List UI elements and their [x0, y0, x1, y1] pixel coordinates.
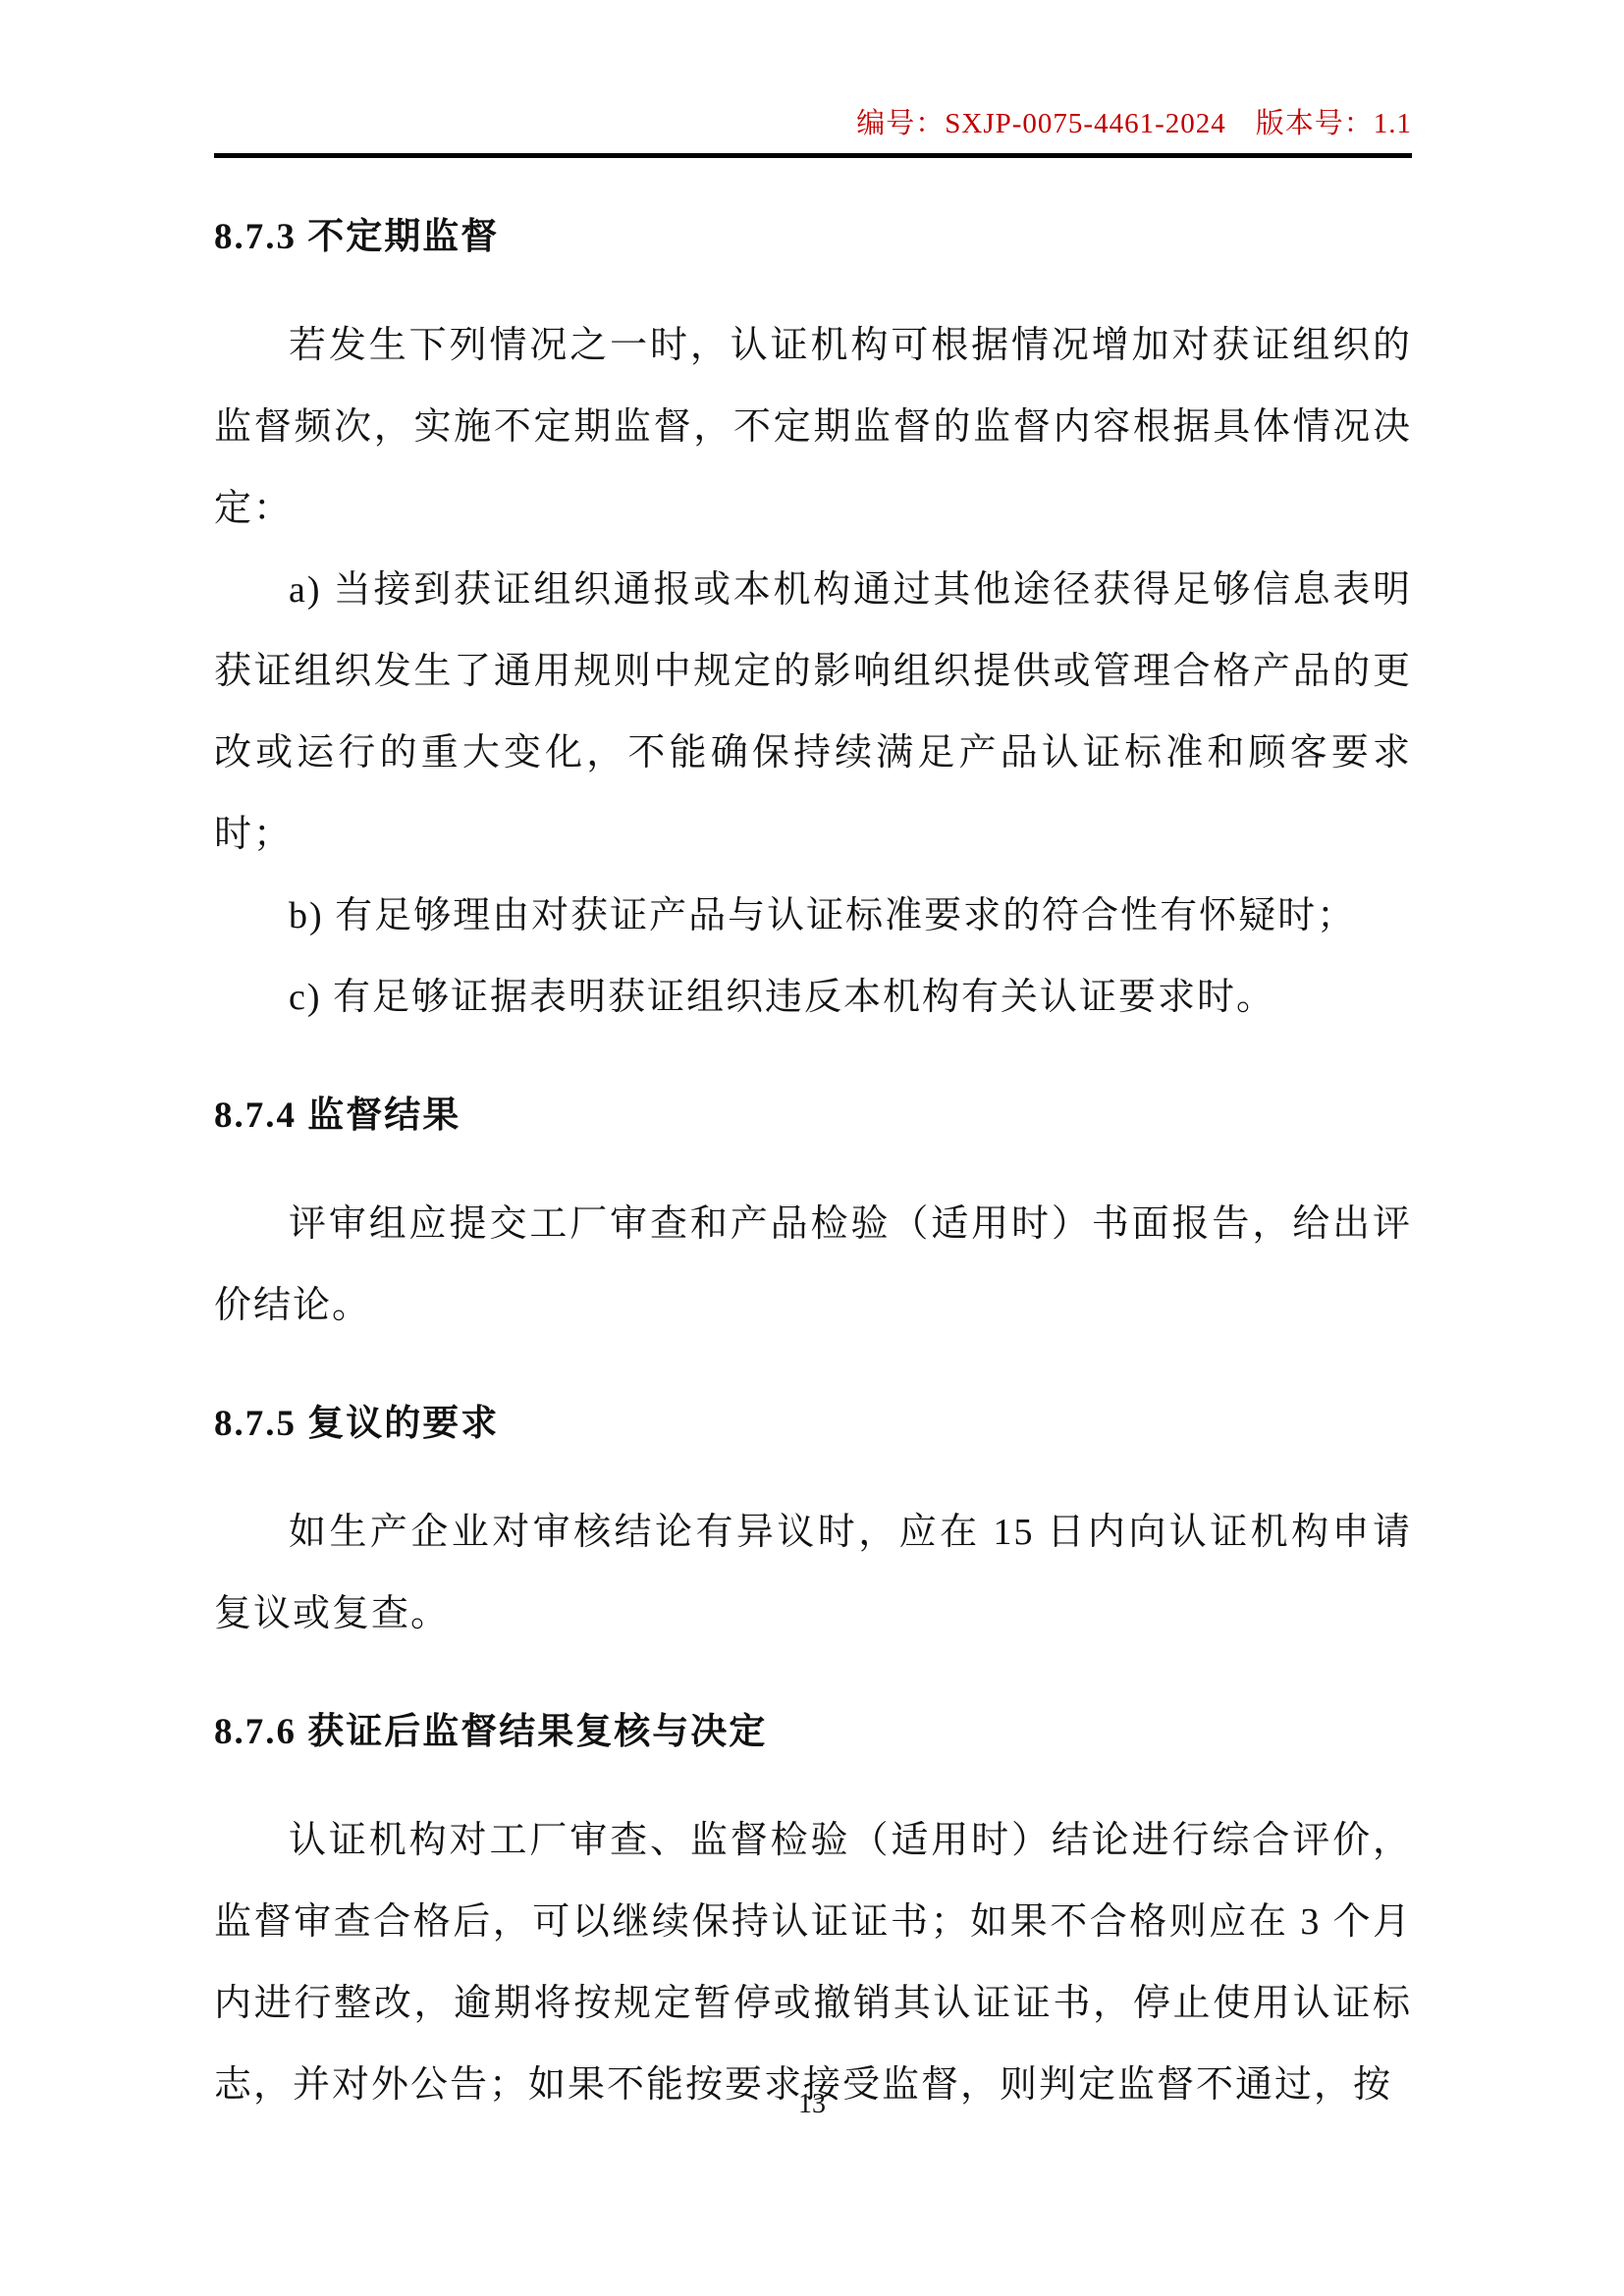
paragraph-reconsideration: 如生产企业对审核结论有异议时，应在 15 日内向认证机构申请复议或复查。	[214, 1492, 1412, 1655]
document-body: 8.7.3 不定期监督 若发生下列情况之一时，认证机构可根据情况增加对获证组织的…	[214, 160, 1412, 2126]
section-heading-8-7-5: 8.7.5 复议的要求	[214, 1402, 1412, 1447]
page-header: 编号：SXJP-0075-4461-2024版本号：1.1	[214, 104, 1412, 143]
section-heading-8-7-4: 8.7.4 监督结果	[214, 1094, 1412, 1139]
clause-a: a) 当接到获证组织通报或本机构通过其他途径获得足够信息表明获证组织发生了通用规…	[214, 550, 1412, 876]
section-8-7-6: 8.7.6 获证后监督结果复核与决定 认证机构对工厂审查、监督检验（适用时）结论…	[214, 1710, 1412, 2126]
footer: 13	[0, 2087, 1624, 2122]
header-rule	[214, 153, 1412, 158]
document-number: 编号：SXJP-0075-4461-2024	[856, 108, 1225, 139]
section-8-7-4: 8.7.4 监督结果 评审组应提交工厂审查和产品检验（适用时）书面报告，给出评价…	[214, 1094, 1412, 1347]
section-8-7-5: 8.7.5 复议的要求 如生产企业对审核结论有异议时，应在 15 日内向认证机构…	[214, 1402, 1412, 1655]
section-heading-8-7-6: 8.7.6 获证后监督结果复核与决定	[214, 1710, 1412, 1755]
section-8-7-3: 8.7.3 不定期监督 若发生下列情况之一时，认证机构可根据情况增加对获证组织的…	[214, 215, 1412, 1039]
paragraph-supervision-result: 评审组应提交工厂审查和产品检验（适用时）书面报告，给出评价结论。	[214, 1184, 1412, 1347]
document-page: 编号：SXJP-0075-4461-2024版本号：1.1 8.7.3 不定期监…	[0, 0, 1624, 2296]
clause-c: c) 有足够证据表明获证组织违反本机构有关认证要求时。	[214, 957, 1412, 1039]
page-number: 13	[798, 2089, 826, 2119]
paragraph-intro: 若发生下列情况之一时，认证机构可根据情况增加对获证组织的监督频次，实施不定期监督…	[214, 305, 1412, 550]
paragraph-post-cert-review: 认证机构对工厂审查、监督检验（适用时）结论进行综合评价，监督审查合格后，可以继续…	[214, 1800, 1412, 2126]
clause-b: b) 有足够理由对获证产品与认证标准要求的符合性有怀疑时；	[214, 876, 1412, 957]
version-number: 版本号：1.1	[1256, 108, 1412, 139]
section-heading-8-7-3: 8.7.3 不定期监督	[214, 215, 1412, 260]
